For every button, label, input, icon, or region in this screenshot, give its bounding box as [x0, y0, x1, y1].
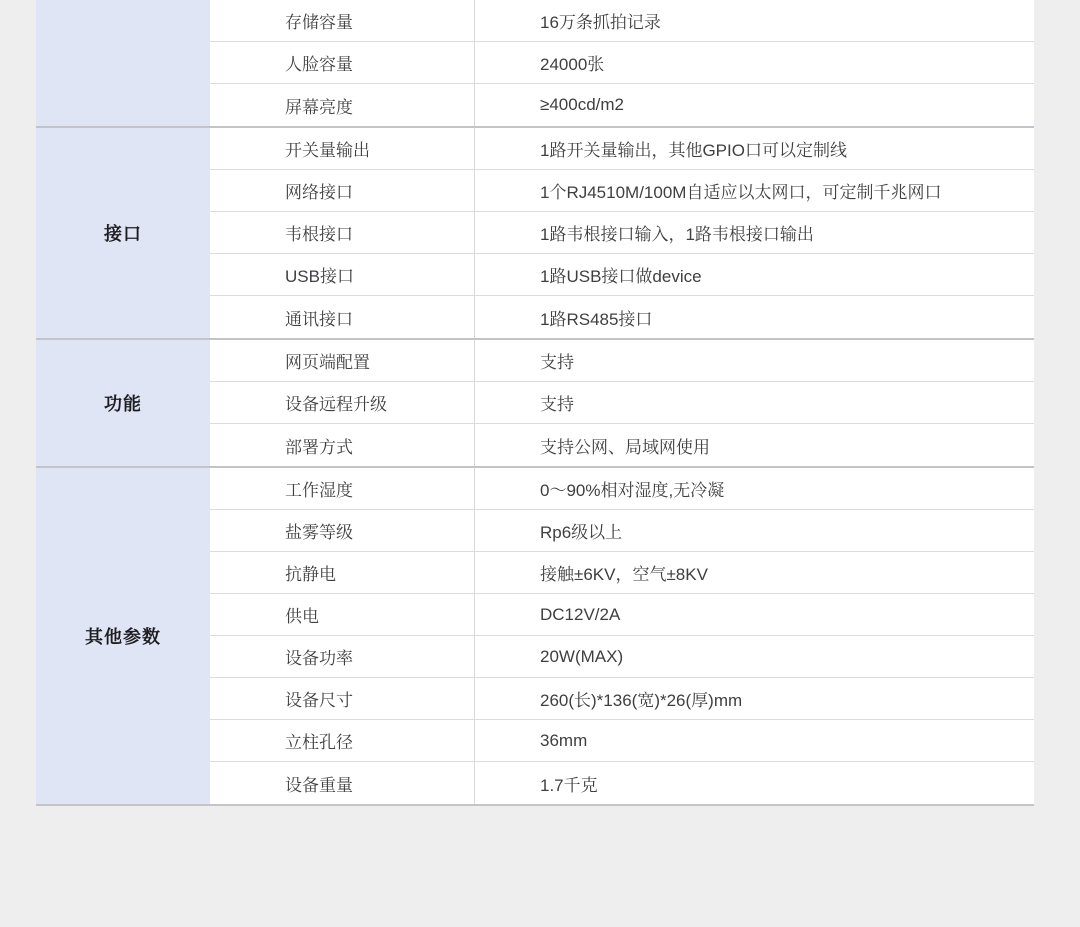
- table-row: 工作湿度0～90%相对湿度,无冷凝: [210, 468, 1034, 510]
- param-cell: 人脸容量: [210, 42, 475, 83]
- table-row: 屏幕亮度≥400cd/m2: [210, 84, 1034, 126]
- value-cell: 1路开关量输出，其他GPIO口可以定制线: [475, 128, 1034, 169]
- param-cell: 开关量输出: [210, 128, 475, 169]
- table-row: 供电DC12V/2A: [210, 594, 1034, 636]
- page-background: { "page": { "background_color": "#eeeeef…: [0, 0, 1080, 927]
- param-cell: 工作湿度: [210, 468, 475, 509]
- section-rows: 工作湿度0～90%相对湿度,无冷凝盐雾等级Rp6级以上抗静电接触±6KV，空气±…: [210, 468, 1034, 804]
- value-cell: 260(长)*136(宽)*26(厚)mm: [475, 678, 1034, 719]
- param-cell: 网络接口: [210, 170, 475, 211]
- table-row: 抗静电接触±6KV，空气±8KV: [210, 552, 1034, 594]
- table-row: 设备远程升级支持: [210, 382, 1034, 424]
- category-cell: 接口: [36, 128, 210, 338]
- param-cell: 盐雾等级: [210, 510, 475, 551]
- value-cell: 1路USB接口做device: [475, 254, 1034, 295]
- value-cell: 24000张: [475, 42, 1034, 83]
- spec-section: 接口开关量输出1路开关量输出，其他GPIO口可以定制线网络接口1个RJ4510M…: [36, 128, 1034, 340]
- table-row: 开关量输出1路开关量输出，其他GPIO口可以定制线: [210, 128, 1034, 170]
- value-cell: 16万条抓拍记录: [475, 0, 1034, 41]
- param-cell: 设备功率: [210, 636, 475, 677]
- section-rows: 开关量输出1路开关量输出，其他GPIO口可以定制线网络接口1个RJ4510M/1…: [210, 128, 1034, 338]
- param-cell: 网页端配置: [210, 340, 475, 381]
- value-cell: 接触±6KV，空气±8KV: [475, 552, 1034, 593]
- param-cell: 设备远程升级: [210, 382, 475, 423]
- param-cell: USB接口: [210, 254, 475, 295]
- param-cell: 韦根接口: [210, 212, 475, 253]
- table-row: 设备重量1.7千克: [210, 762, 1034, 804]
- spec-section: 存储容量16万条抓拍记录人脸容量24000张屏幕亮度≥400cd/m2: [36, 0, 1034, 128]
- section-rows: 存储容量16万条抓拍记录人脸容量24000张屏幕亮度≥400cd/m2: [210, 0, 1034, 126]
- value-cell: 1个RJ4510M/100M自适应以太网口，可定制千兆网口: [475, 170, 1034, 211]
- value-cell: 1.7千克: [475, 762, 1034, 804]
- spec-section: 功能网页端配置支持设备远程升级支持部署方式支持公网、局域网使用: [36, 340, 1034, 468]
- spec-table: 存储容量16万条抓拍记录人脸容量24000张屏幕亮度≥400cd/m2接口开关量…: [36, 0, 1034, 806]
- value-cell: Rp6级以上: [475, 510, 1034, 551]
- table-row: 网页端配置支持: [210, 340, 1034, 382]
- value-cell: 1路RS485接口: [475, 296, 1034, 338]
- param-cell: 供电: [210, 594, 475, 635]
- param-cell: 立柱孔径: [210, 720, 475, 761]
- table-row: 通讯接口1路RS485接口: [210, 296, 1034, 338]
- category-cell: 功能: [36, 340, 210, 466]
- table-row: 设备功率20W(MAX): [210, 636, 1034, 678]
- value-cell: 36mm: [475, 720, 1034, 761]
- table-row: 立柱孔径36mm: [210, 720, 1034, 762]
- value-cell: 支持: [475, 340, 1034, 381]
- table-row: 存储容量16万条抓拍记录: [210, 0, 1034, 42]
- value-cell: 20W(MAX): [475, 636, 1034, 677]
- table-row: 部署方式支持公网、局域网使用: [210, 424, 1034, 466]
- value-cell: 支持公网、局域网使用: [475, 424, 1034, 466]
- param-cell: 屏幕亮度: [210, 84, 475, 126]
- value-cell: 1路韦根接口输入，1路韦根接口输出: [475, 212, 1034, 253]
- value-cell: 支持: [475, 382, 1034, 423]
- value-cell: ≥400cd/m2: [475, 84, 1034, 126]
- category-cell: 其他参数: [36, 468, 210, 804]
- table-row: 人脸容量24000张: [210, 42, 1034, 84]
- section-rows: 网页端配置支持设备远程升级支持部署方式支持公网、局域网使用: [210, 340, 1034, 466]
- table-row: 设备尺寸260(长)*136(宽)*26(厚)mm: [210, 678, 1034, 720]
- value-cell: 0～90%相对湿度,无冷凝: [475, 468, 1034, 509]
- param-cell: 抗静电: [210, 552, 475, 593]
- table-row: 网络接口1个RJ4510M/100M自适应以太网口，可定制千兆网口: [210, 170, 1034, 212]
- param-cell: 设备重量: [210, 762, 475, 804]
- category-cell: [36, 0, 210, 126]
- param-cell: 存储容量: [210, 0, 475, 41]
- param-cell: 部署方式: [210, 424, 475, 466]
- param-cell: 设备尺寸: [210, 678, 475, 719]
- value-cell: DC12V/2A: [475, 594, 1034, 635]
- table-row: USB接口1路USB接口做device: [210, 254, 1034, 296]
- param-cell: 通讯接口: [210, 296, 475, 338]
- spec-section: 其他参数工作湿度0～90%相对湿度,无冷凝盐雾等级Rp6级以上抗静电接触±6KV…: [36, 468, 1034, 806]
- table-row: 韦根接口1路韦根接口输入，1路韦根接口输出: [210, 212, 1034, 254]
- table-row: 盐雾等级Rp6级以上: [210, 510, 1034, 552]
